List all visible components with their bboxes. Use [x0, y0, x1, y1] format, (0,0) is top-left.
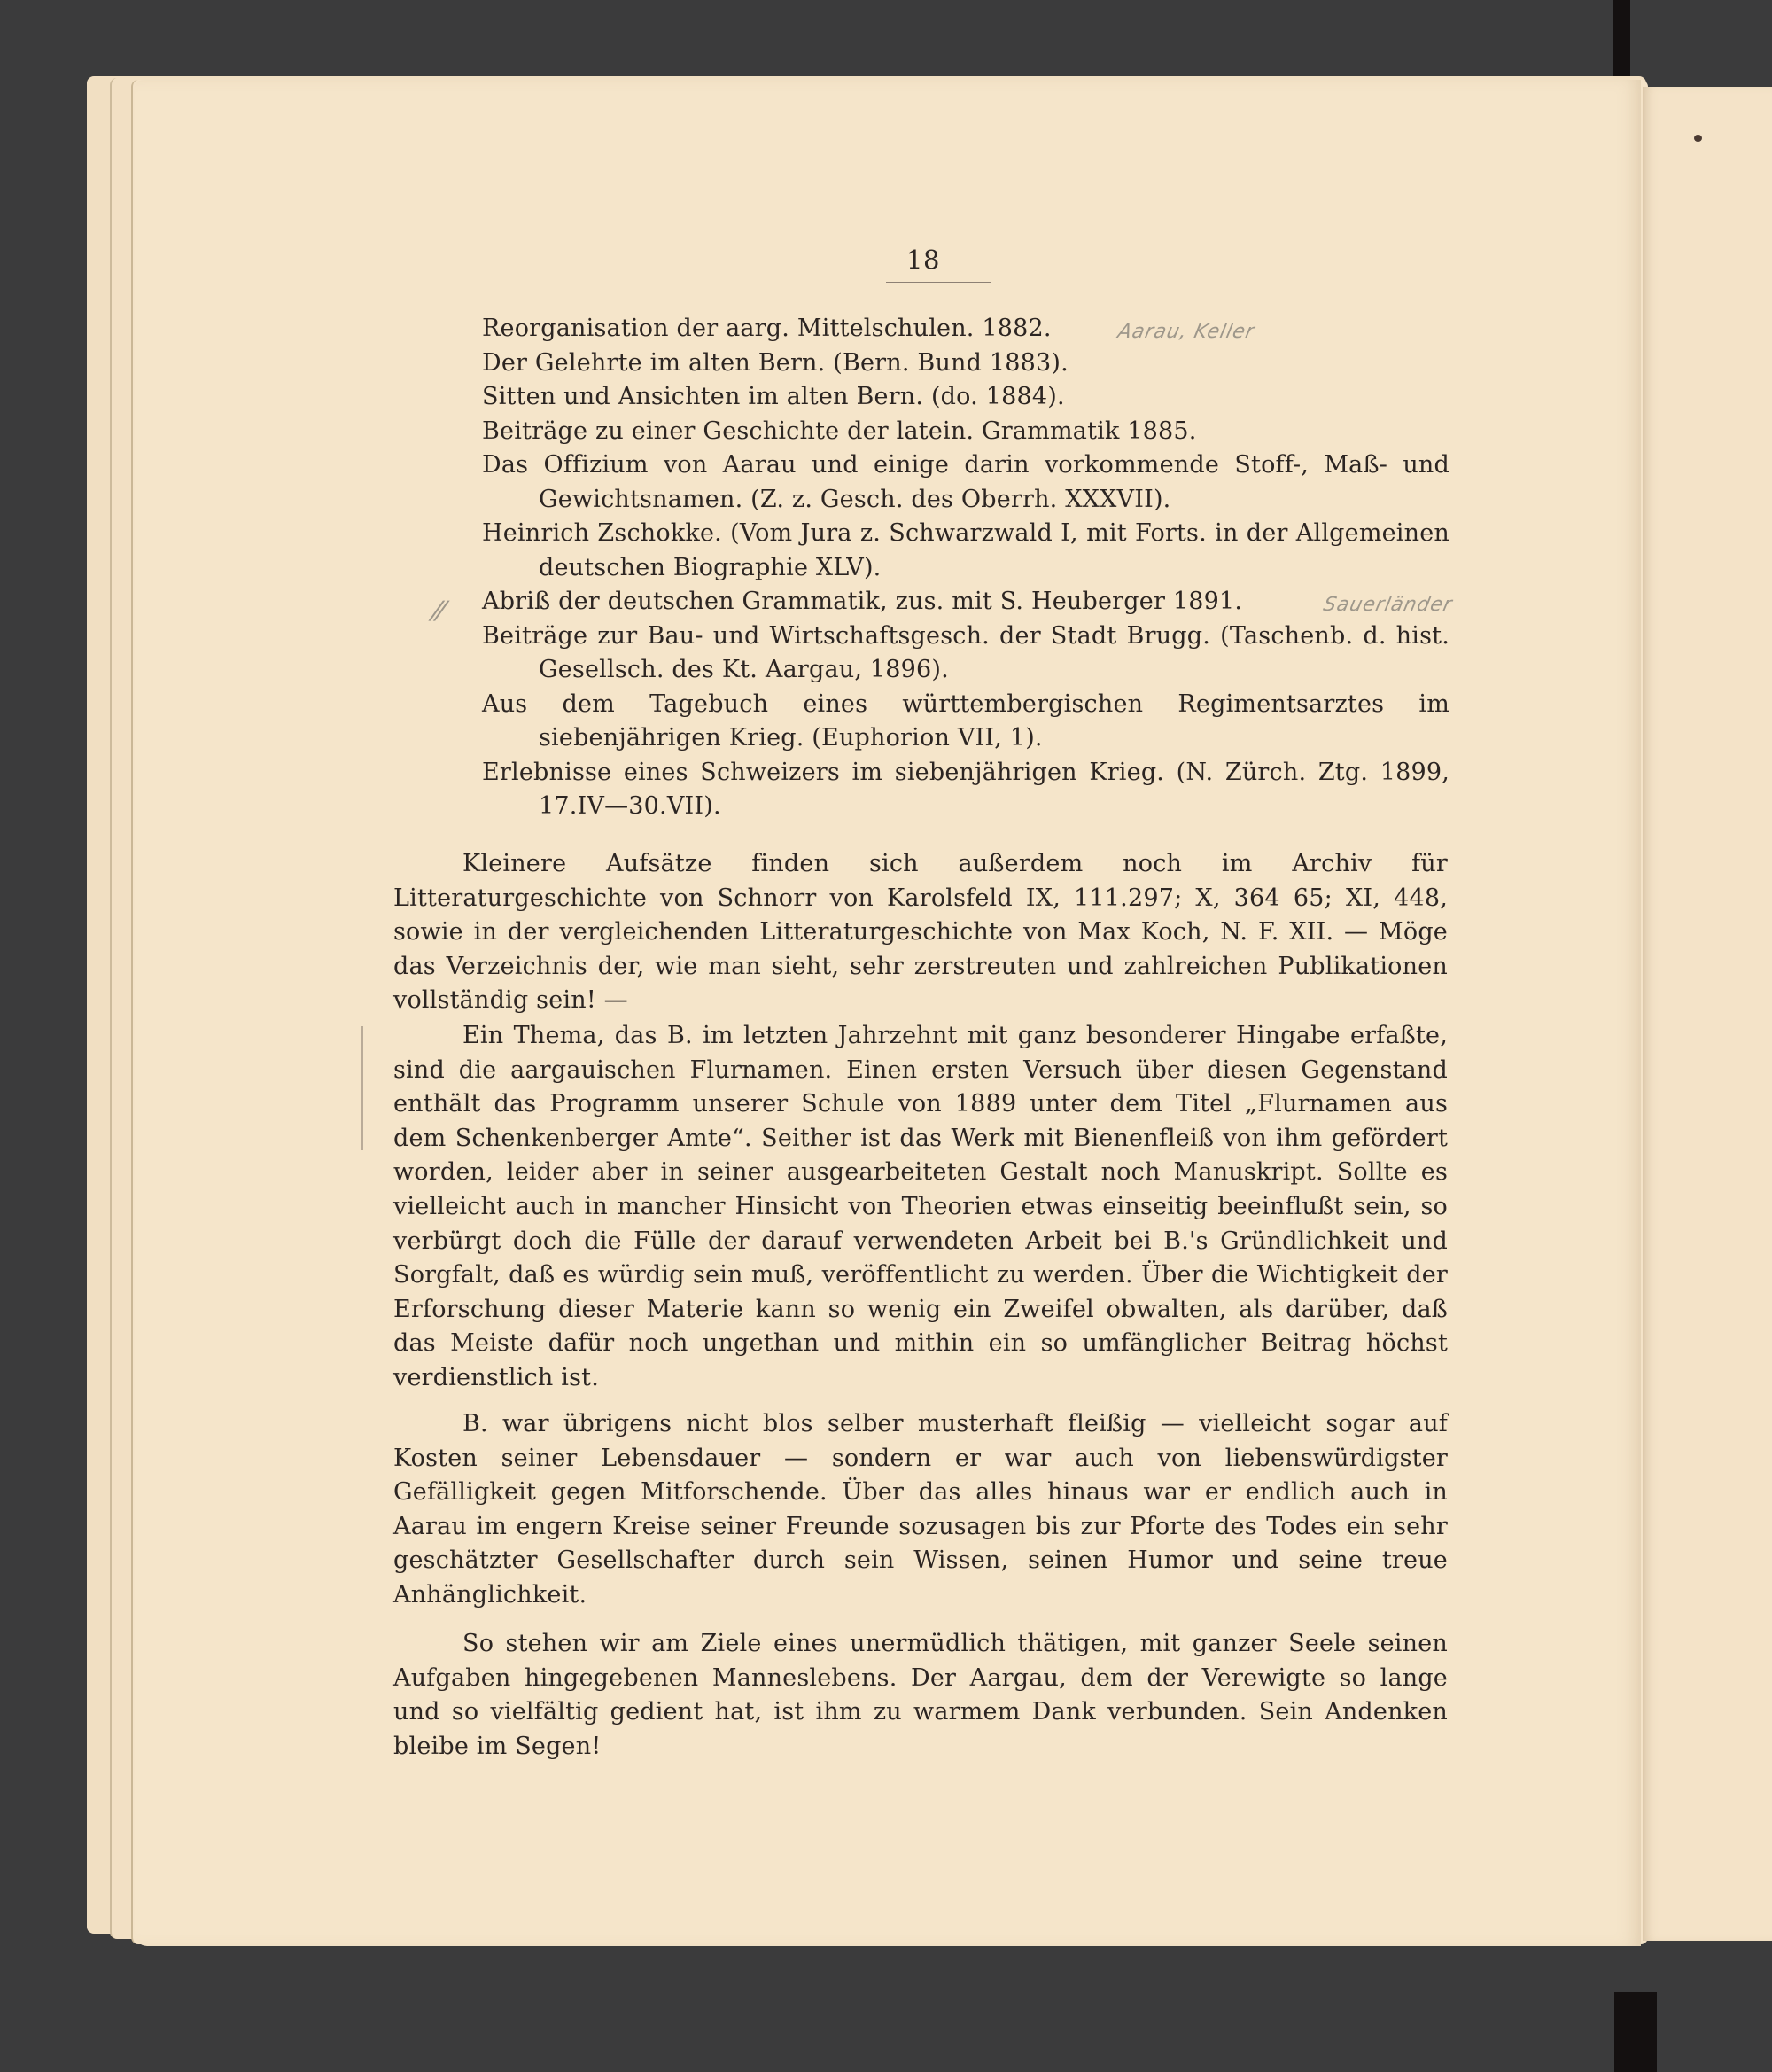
bibliography-list: Reorganisation der aarg. Mittelschulen. … — [482, 312, 1449, 824]
page-number-rule — [886, 282, 991, 283]
bibliography-entry: Das Offizium von Aarau und einige darin … — [482, 448, 1449, 517]
bibliography-entry: Reorganisation der aarg. Mittelschulen. … — [482, 312, 1449, 347]
page-content: 18 Reorganisation der aarg. Mittelschule… — [0, 0, 1772, 2072]
pencil-annotation: Aarau, Keller — [1115, 321, 1256, 343]
bibliography-entry: Beiträge zur Bau- und Wirtschaftsgesch. … — [482, 619, 1449, 688]
bibliography-entry: Aus dem Tagebuch eines württembergischen… — [482, 688, 1449, 756]
pencil-margin-mark: // — [429, 596, 445, 625]
bibliography-entry: Der Gelehrte im alten Bern. (Bern. Bund … — [482, 347, 1449, 381]
bibliography-entry: Heinrich Zschokke. (Vom Jura z. Schwarzw… — [482, 517, 1449, 585]
bibliography-entry: Sitten und Ansichten im alten Bern. (do.… — [482, 380, 1449, 415]
paragraph-character: B. war übrigens nicht blos selber muster… — [393, 1407, 1448, 1613]
paragraph-flurnamen: Ein Thema, das B. im letzten Jahrzehnt m… — [393, 1019, 1448, 1396]
bibliography-entry: Erlebnisse eines Schweizers im siebenjäh… — [482, 756, 1449, 824]
pencil-annotation: Sauerländer — [1321, 594, 1454, 616]
paragraph-publications: Kleinere Aufsätze finden sich außerdem n… — [393, 847, 1448, 1018]
pencil-margin-line — [361, 1026, 363, 1150]
page-number: 18 — [897, 245, 950, 275]
bibliography-entry: Beiträge zu einer Geschichte der latein.… — [482, 415, 1449, 449]
bibliography-entry: Abriß der deutschen Grammatik, zus. mit … — [482, 585, 1449, 619]
paragraph-closing: So stehen wir am Ziele eines unermüdlich… — [393, 1627, 1448, 1764]
